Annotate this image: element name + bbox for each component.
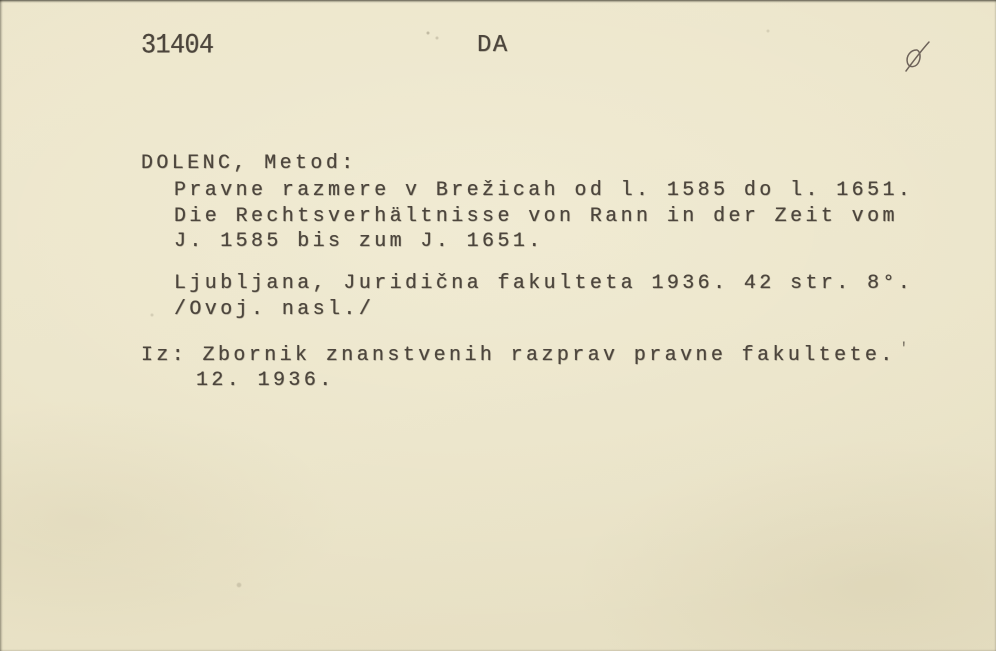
catalog-card: 31404 DA DOLENC, Metod: Pravne razmere v… [0, 0, 996, 651]
classification-code: DA [477, 34, 509, 58]
series-note-line-1: Iz: Zbornik znanstvenih razprav pravne f… [141, 346, 896, 366]
stray-pencil-tick: ' [899, 341, 909, 357]
imprint-line-2: /Ovoj. nasl./ [174, 300, 374, 320]
catalog-number: 31404 [141, 31, 214, 59]
series-note-line-2: 12. 1936. [196, 371, 335, 391]
imprint-line-1: Ljubljana, Juridična fakulteta 1936. 42 … [174, 274, 913, 294]
handwritten-check-icon [899, 38, 941, 78]
title-line-3: J. 1585 bis zum J. 1651. [174, 232, 544, 252]
title-line-2: Die Rechtsverhältnisse von Rann in der Z… [174, 207, 898, 227]
title-line-1: Pravne razmere v Brežicah od l. 1585 do … [174, 181, 913, 201]
author-heading: DOLENC, Metod: [141, 154, 357, 174]
